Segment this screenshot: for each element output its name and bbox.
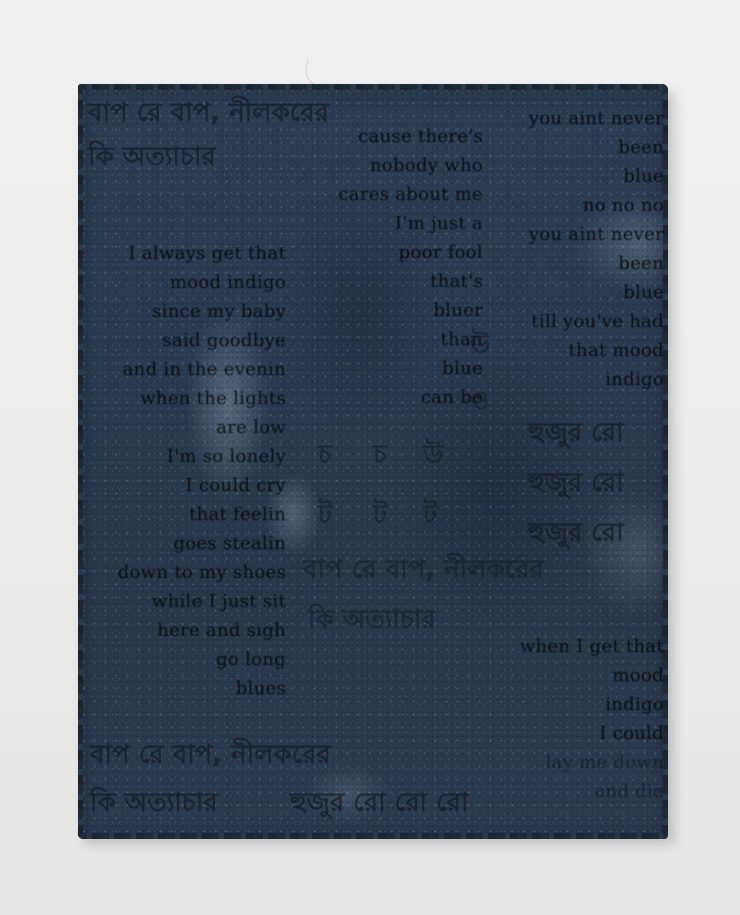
lyric-line: you aint never bbox=[529, 104, 664, 133]
lyric-line: that feelin bbox=[189, 500, 286, 529]
lyric-line: I'm just a bbox=[395, 209, 483, 238]
bengali-text-right: হুজুর রো bbox=[528, 462, 624, 506]
deckle-edge-left bbox=[78, 84, 83, 839]
lyric-line: cares about me bbox=[338, 180, 483, 209]
bengali-glyph: চ bbox=[318, 434, 332, 478]
bengali-glyph: ট bbox=[423, 494, 437, 538]
lyric-line: I always get that bbox=[128, 239, 286, 268]
lyric-line: I'm so lonely bbox=[167, 442, 286, 471]
lyric-line: been bbox=[618, 249, 664, 278]
lyric-line: here and sigh bbox=[157, 616, 286, 645]
lyric-line: nobody who bbox=[370, 151, 483, 180]
lyric-line: are low bbox=[216, 413, 286, 442]
deckle-edge-bottom bbox=[78, 833, 668, 839]
lyric-line: poor fool bbox=[399, 238, 483, 267]
bengali-text-middle-line2: কি অত্যাচার bbox=[308, 599, 436, 643]
bengali-glyph: চ bbox=[373, 434, 387, 478]
lyric-line: blues bbox=[236, 674, 286, 703]
bengali-glyph: ট bbox=[373, 494, 387, 538]
deckle-edge-top bbox=[78, 84, 668, 90]
bengali-glyph: ট bbox=[318, 494, 332, 538]
lyric-line: when the lights bbox=[140, 384, 286, 413]
lyric-line: that's bbox=[430, 267, 483, 296]
lyric-line: no no no bbox=[583, 191, 664, 220]
lyric-line: blue bbox=[623, 278, 664, 307]
lyrics-left-column: I always get that mood indigo since my b… bbox=[118, 239, 286, 703]
lyric-line: go long bbox=[216, 645, 286, 674]
lyrics-center-column: cause there's nobody who cares about me … bbox=[338, 122, 483, 412]
lyric-line: blue bbox=[623, 162, 664, 191]
indigo-paper-artwork: বাপ রে বাপ, নীলকরের কি অত্যাচার I always… bbox=[78, 84, 668, 839]
lyric-line: lay me down bbox=[546, 748, 664, 777]
bengali-glyph-vertical: ও bbox=[470, 380, 489, 424]
lyric-line: said goodbye bbox=[162, 326, 286, 355]
bengali-text-right: হুজুর রো bbox=[528, 412, 624, 456]
lyric-line: and in the evenin bbox=[123, 355, 286, 384]
lyric-line: mood bbox=[613, 661, 664, 690]
lyrics-right-top-column: you aint never been blue no no no you ai… bbox=[529, 104, 664, 394]
lyrics-right-bottom-column: when I get that mood indigo I could lay … bbox=[520, 632, 664, 806]
bengali-text-top-line2: কি অত্যাচার bbox=[88, 136, 216, 180]
lyric-line: down to my shoes bbox=[118, 558, 286, 587]
lyric-line: since my baby bbox=[152, 297, 286, 326]
bengali-glyph-vertical: উ bbox=[470, 324, 490, 368]
bengali-text-bottom-line3: হুজুর রো রো রো bbox=[290, 782, 469, 826]
lyric-line: indigo bbox=[605, 690, 664, 719]
lyric-line: and die bbox=[594, 777, 664, 806]
lyric-line: bluer bbox=[433, 296, 483, 325]
lyric-line: been bbox=[618, 133, 664, 162]
lyric-line: while I just sit bbox=[152, 587, 286, 616]
lyric-line: cause there's bbox=[358, 122, 483, 151]
lyric-line: I could bbox=[599, 719, 664, 748]
bengali-text-bottom-line1: বাপ রে বাপ, নীলকরের bbox=[90, 734, 331, 778]
lyric-line: indigo bbox=[605, 365, 664, 394]
lyric-line: till you've had bbox=[531, 307, 664, 336]
bengali-text-middle-line1: বাপ রে বাপ, নীলকরের bbox=[303, 549, 544, 593]
lyric-line: goes stealin bbox=[173, 529, 286, 558]
lyric-line: you aint never bbox=[529, 220, 664, 249]
bengali-glyph: উ bbox=[423, 434, 443, 478]
lyric-line: when I get that bbox=[520, 632, 664, 661]
bengali-text-bottom-line2: কি অত্যাচার bbox=[90, 782, 218, 826]
bengali-text-top-line1: বাপ রে বাপ, নীলকরের bbox=[88, 92, 329, 136]
lyric-line: mood indigo bbox=[170, 268, 286, 297]
lyric-line: that mood bbox=[569, 336, 664, 365]
lyric-line: I could cry bbox=[186, 471, 287, 500]
